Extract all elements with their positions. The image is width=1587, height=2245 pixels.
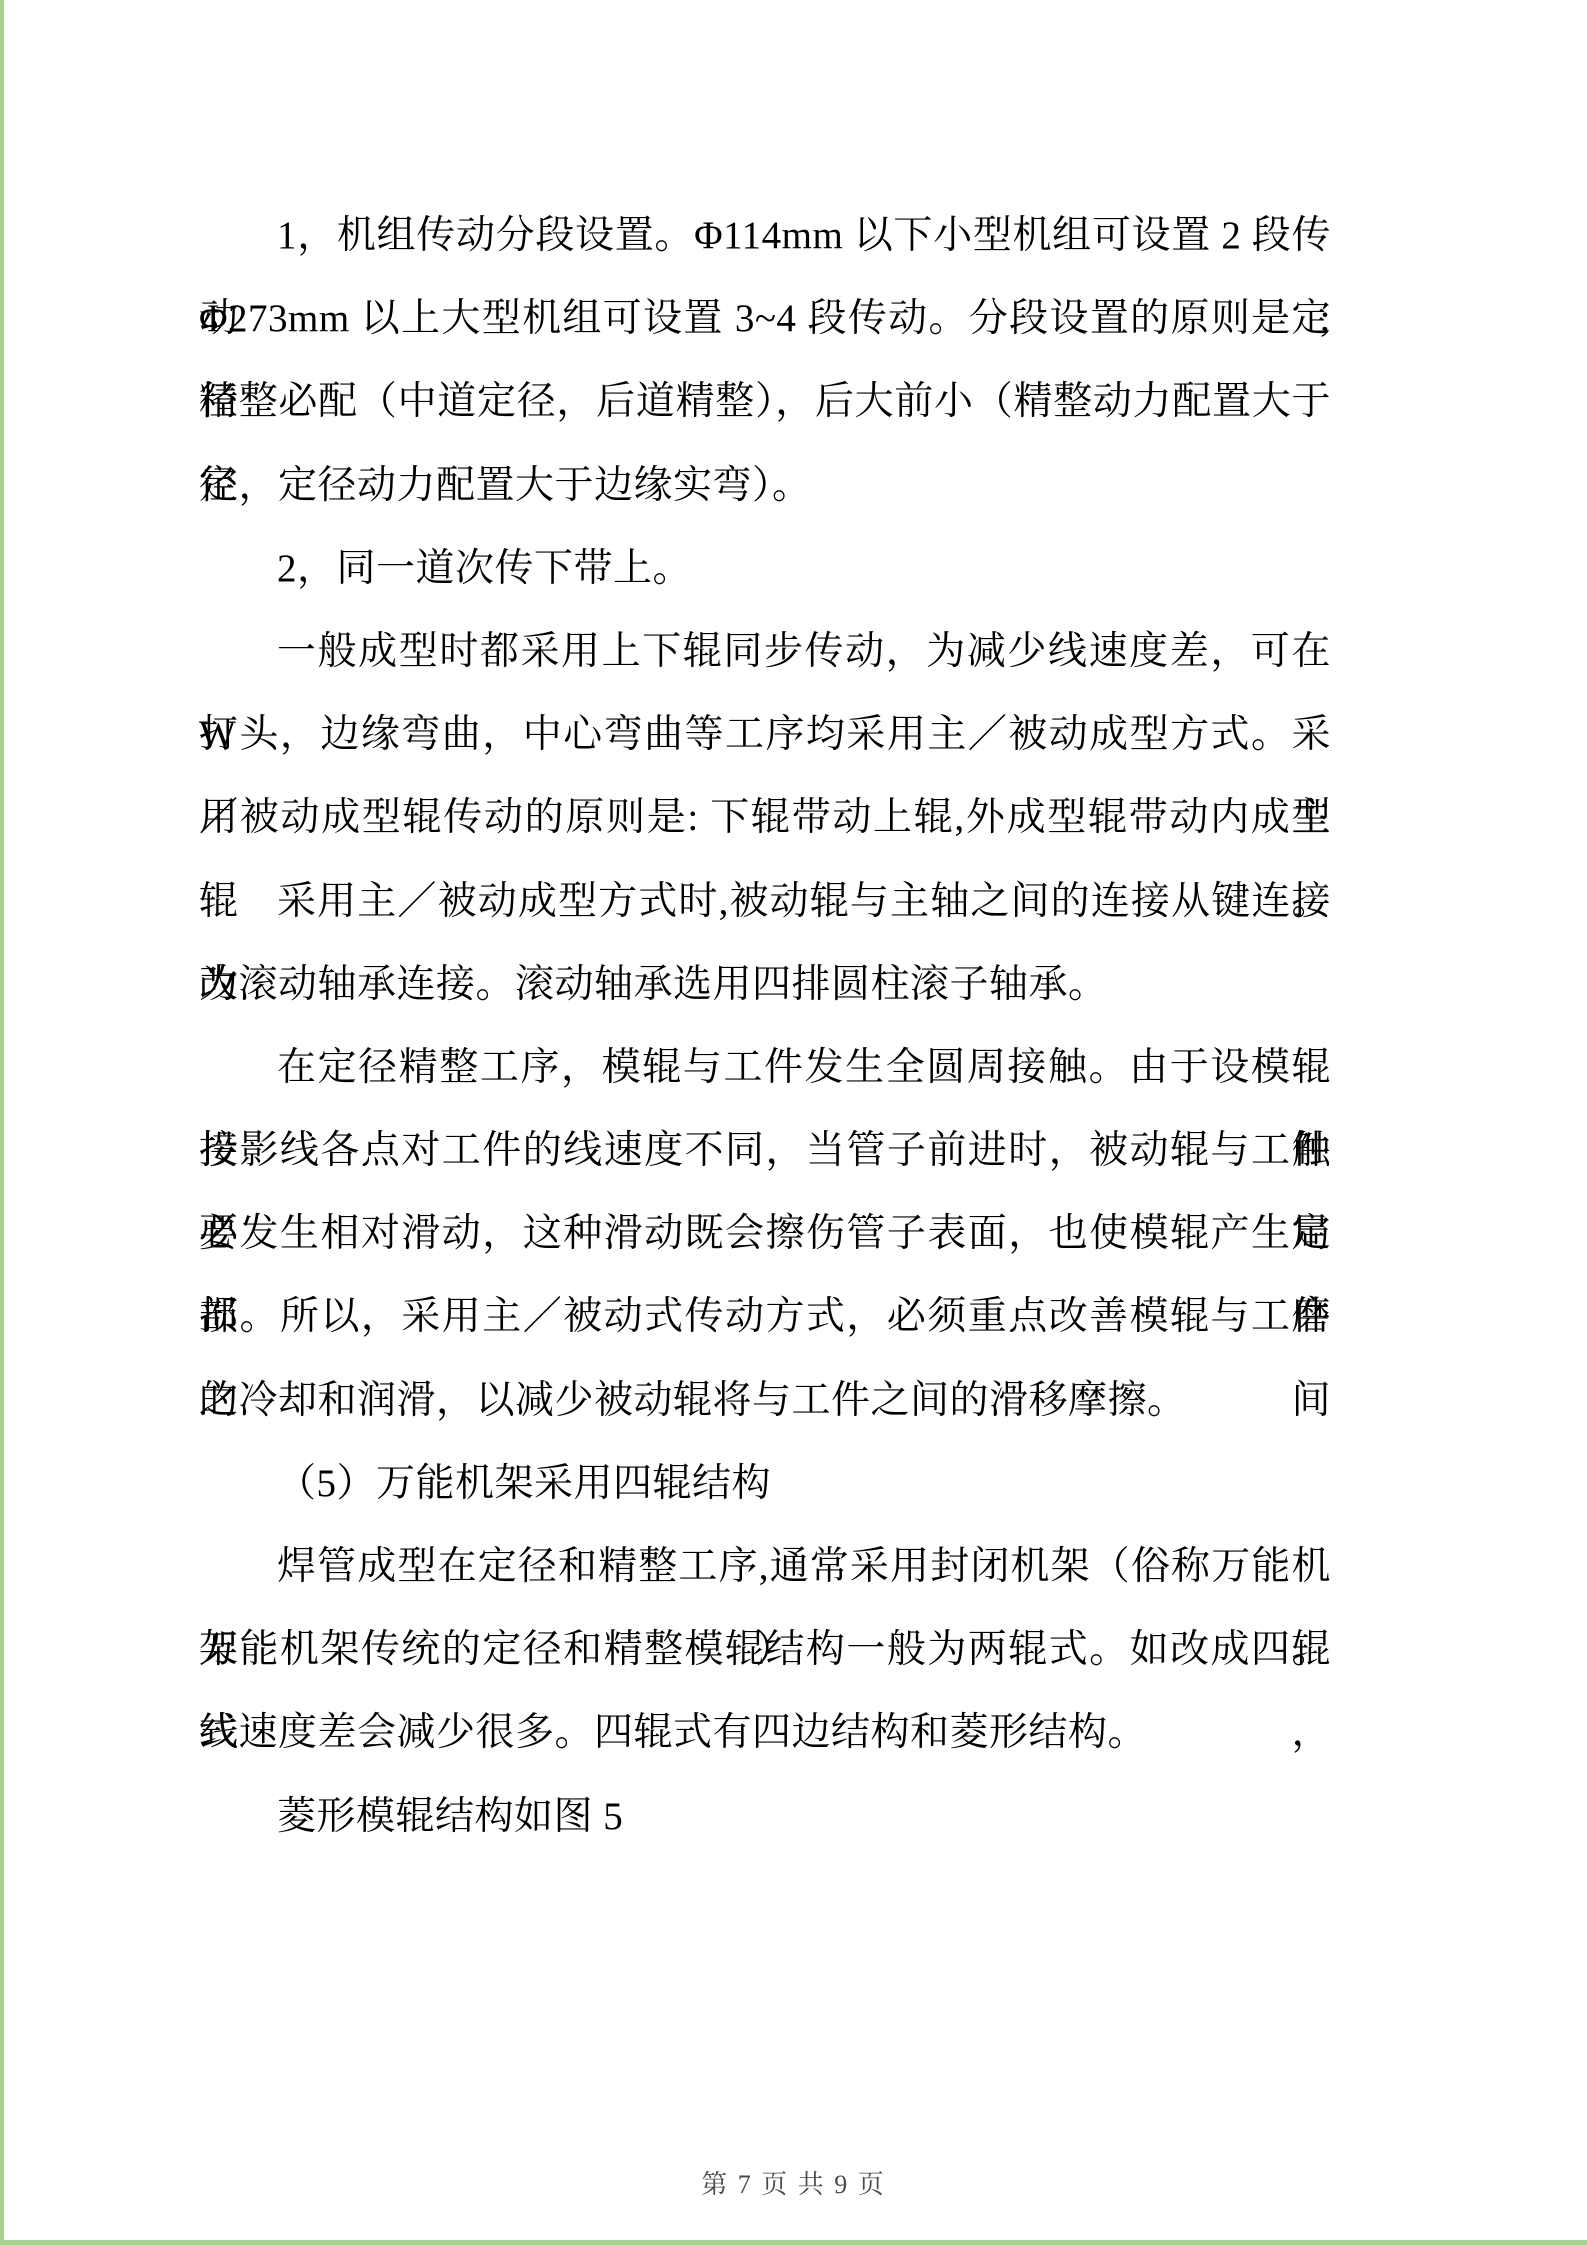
text-line: 要发生相对滑动，这种滑动既会擦伤管子表面，也使模辊产生局部磨 xyxy=(199,1192,1331,1275)
text-line: 菱形模辊结构如图 5 xyxy=(199,1775,1331,1858)
document-body: 1，机组传动分段设置。Φ114mm 以下小型机组可设置 2 段传动; Φ273m… xyxy=(199,194,1331,1858)
text-line: 焊管成型在定径和精整工序,通常采用封闭机架（俗称万能机架）。 xyxy=(199,1525,1331,1608)
page-number-footer: 第 7 页 共 9 页 xyxy=(0,2168,1587,2202)
text-line: 投影线各点对工件的线速度不同，当管子前进时，被动辊与工件必定 xyxy=(199,1109,1331,1192)
text-line: 1，机组传动分段设置。Φ114mm 以下小型机组可设置 2 段传动; xyxy=(199,194,1331,277)
text-line: Φ273mm 以上大型机组可设置 3~4 段传动。分段设置的原则是定径 xyxy=(199,277,1331,360)
text-line: 一般成型时都采用上下辊同步传动，为减少线速度差，可在 W xyxy=(199,610,1331,693)
document-page: 1，机组传动分段设置。Φ114mm 以下小型机组可设置 2 段传动; Φ273m… xyxy=(0,0,1587,2245)
text-line: 打头，边缘弯曲，中心弯曲等工序均采用主／被动成型方式。采用主 xyxy=(199,693,1331,776)
text-line: 为滚动轴承连接。滚动轴承选用四排圆柱滚子轴承。 xyxy=(199,943,1331,1026)
text-line: （5）万能机架采用四辊结构 xyxy=(199,1442,1331,1525)
text-line: 精整必配（中道定径，后道精整），后大前小（精整动力配置大于定 xyxy=(199,360,1331,443)
page-left-edge-accent xyxy=(0,0,4,2245)
page-bottom-edge-accent xyxy=(0,2240,1587,2245)
text-line: 在定径精整工序，模辊与工件发生全圆周接触。由于设模辊接触 xyxy=(199,1026,1331,1109)
text-line: ／被动成型辊传动的原则是: 下辊带动上辊,外成型辊带动内成型辊。 xyxy=(199,776,1331,859)
text-line: 径，定径动力配置大于边缘实弯）。 xyxy=(199,444,1331,527)
text-line: 2，同一道次传下带上。 xyxy=(199,527,1331,610)
text-line: 的冷却和润滑，以减少被动辊将与工件之间的滑移摩擦。 xyxy=(199,1359,1331,1442)
text-line: 万能机架传统的定径和精整模辊结构一般为两辊式。如改成四辊式， xyxy=(199,1608,1331,1691)
text-line: 采用主／被动成型方式时,被动辊与主轴之间的连接从键连接改 xyxy=(199,860,1331,943)
text-line: 损。所以，采用主／被动式传动方式，必须重点改善模辊与工件之间 xyxy=(199,1275,1331,1358)
